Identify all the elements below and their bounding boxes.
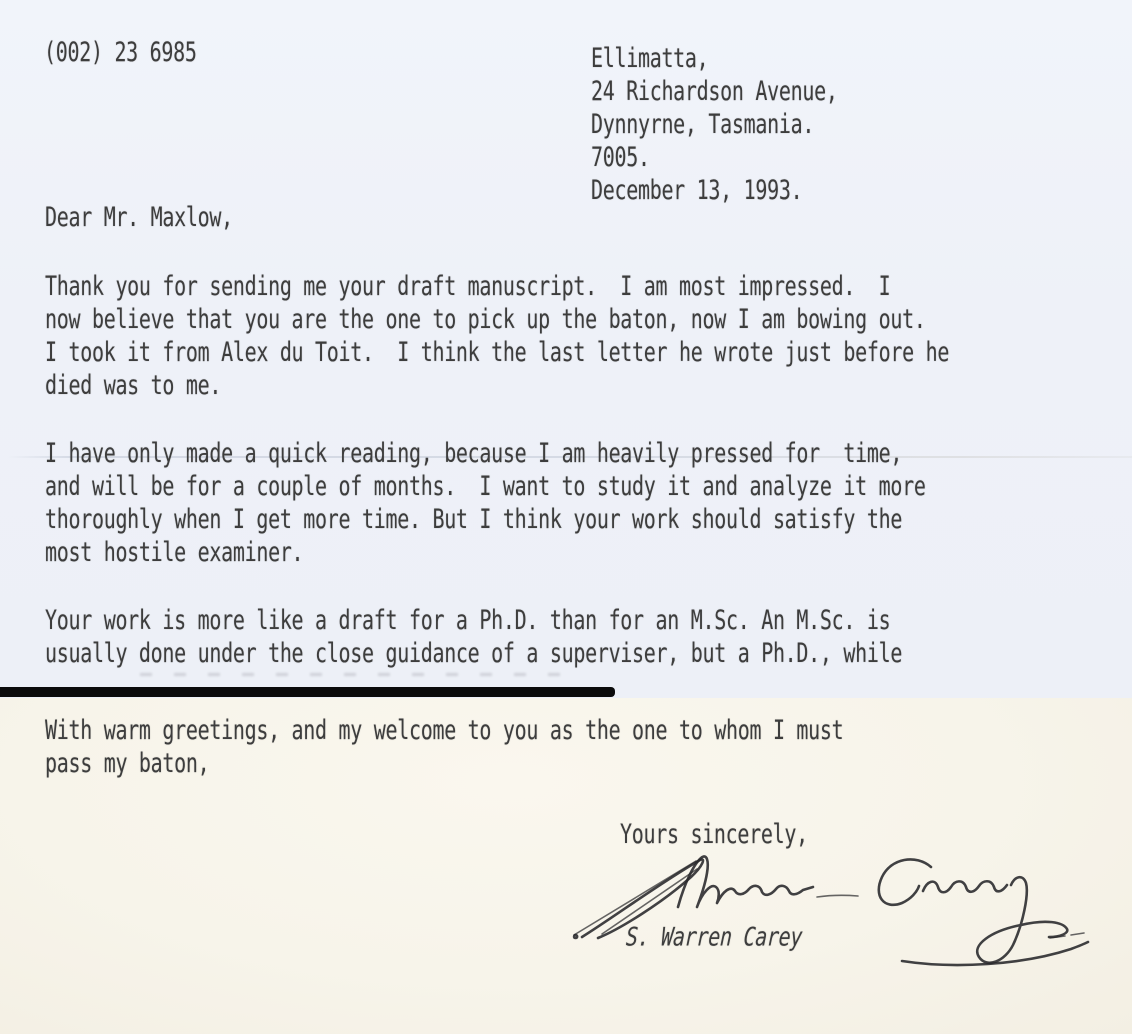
paragraph-3: Your work is more like a draft for a Ph.… — [45, 604, 902, 670]
typed-name: S. Warren Carey — [625, 921, 803, 953]
signature-handwriting-icon — [550, 845, 1095, 985]
cut-text-remnants — [140, 673, 570, 676]
phone-number: (002) 23 6985 — [44, 36, 197, 69]
paragraph-1: Thank you for sending me your draft manu… — [45, 270, 949, 402]
redaction-bar — [0, 687, 615, 697]
address-block: Ellimatta, 24 Richardson Avenue, Dynnyrn… — [591, 42, 838, 207]
paragraph-2: I have only made a quick reading, becaus… — [45, 437, 926, 569]
signoff: Yours sincerely, — [620, 818, 808, 851]
scanned-letter: (002) 23 6985 Ellimatta, 24 Richardson A… — [0, 0, 1132, 1034]
salutation: Dear Mr. Maxlow, — [45, 201, 233, 234]
closing-paragraph: With warm greetings, and my welcome to y… — [45, 714, 843, 780]
